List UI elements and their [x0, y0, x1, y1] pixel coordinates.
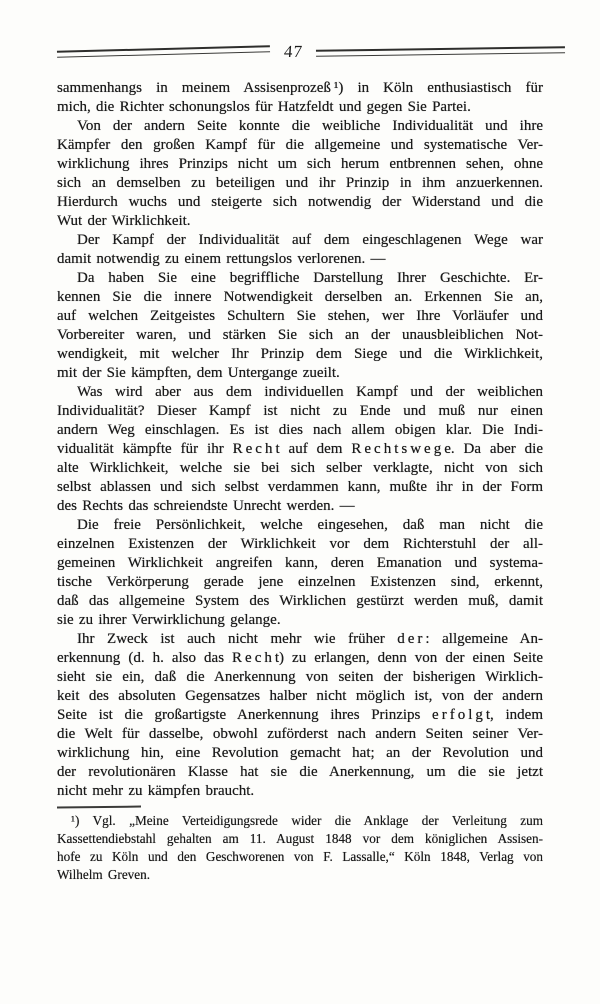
paragraph: Ihr Zweck ist auch nicht mehr wie früher…	[57, 630, 543, 801]
text-line: Der Kampf der Individualität auf dem ein…	[57, 231, 543, 250]
text-line: Kassettendiebstahl gehalten am 11. Augus…	[57, 830, 543, 848]
paragraph: Die freie Persönlichkeit, welche eingese…	[57, 516, 543, 630]
page-number: 47	[283, 43, 303, 60]
paragraph: Was wird aber aus dem individuellen Kamp…	[57, 383, 543, 516]
text-line: nicht mehr zu kämpfen braucht.	[57, 782, 543, 801]
header-rule-left	[57, 45, 270, 58]
text-line: Wilhelm Greven.	[57, 866, 543, 884]
text-line: Da haben Sie eine begriffliche Darstellu…	[57, 269, 543, 288]
text-line: Die freie Persönlichkeit, welche eingese…	[57, 516, 543, 535]
text-line: Hierdurch wuchs und steigerte sich notwe…	[57, 193, 543, 212]
text-line: andern Weg einschlagen. Es ist dies nach…	[57, 421, 543, 440]
text-line: wirklichung hin, eine Revolution gemacht…	[57, 744, 543, 763]
text-line: sieht sie ein, daß die Anerkennung von s…	[57, 668, 543, 687]
text-line: alte Wirklichkeit, welche sie bei sich s…	[57, 459, 543, 478]
text-line: gemeinen Wirklichkeit angreifen kann, de…	[57, 554, 543, 573]
text-line: mich, die Richter schonungslos für Hatzf…	[57, 98, 543, 117]
text-line: Was wird aber aus dem individuellen Kamp…	[57, 383, 543, 402]
text-line: des Rechts das schreiendste Unrecht werd…	[57, 497, 543, 516]
text-line: auf welchen Zeitgeistes Schultern Sie st…	[57, 307, 543, 326]
text-line: daß das allgemeine System des Wirklichen…	[57, 592, 543, 611]
footnote: ¹) Vgl. „Meine Verteidigungsrede wider d…	[57, 812, 543, 884]
text-line: Wut der Wirklichkeit.	[57, 212, 543, 231]
text-line: die Welt für dasselbe, obwohl zuförderst…	[57, 725, 543, 744]
text-line: Kämpfer den großen Kampf für die allgeme…	[57, 136, 543, 155]
text-line: vidualität kämpfte für ihr R e c h t auf…	[57, 440, 543, 459]
text-line: Von der andern Seite konnte die weiblich…	[57, 117, 543, 136]
text-line: sich an demselben zu beteiligen und ihr …	[57, 174, 543, 193]
text-line: erkennung (d. h. also das R e c h t) zu …	[57, 649, 543, 668]
paragraph: Von der andern Seite konnte die weiblich…	[57, 117, 543, 231]
body-text: sammenhangs in meinem Assisenprozeß ¹) i…	[57, 79, 543, 801]
text-line: sammenhangs in meinem Assisenprozeß ¹) i…	[57, 79, 543, 98]
paragraph: Da haben Sie eine begriffliche Darstellu…	[57, 269, 543, 383]
running-head: 47	[57, 42, 565, 60]
header-rule-right	[316, 46, 565, 56]
text-line: Seite ist die großartigste Anerkennung i…	[57, 706, 543, 725]
text-line: Vorbereiter waren, und stärken Sie sich …	[57, 326, 543, 345]
text-line: damit notwendig zu einem rettungslos ver…	[57, 250, 543, 269]
text-line: mit der Sie kämpften, dem Untergange zue…	[57, 364, 543, 383]
paragraph: sammenhangs in meinem Assisenprozeß ¹) i…	[57, 79, 543, 117]
text-line: hofe zu Köln und den Geschworenen von F.…	[57, 848, 543, 866]
text-line: der revolutionären Klasse hat sie die An…	[57, 763, 543, 782]
footnote-separator	[57, 806, 141, 809]
text-line: wirklichung ihres Prinzips nicht um sich…	[57, 155, 543, 174]
text-line: tische Verkörperung gerade jene einzelne…	[57, 573, 543, 592]
text-line: keit des absoluten Gegensatzes halber ni…	[57, 687, 543, 706]
text-line: Individualität? Dieser Kampf ist nicht z…	[57, 402, 543, 421]
text-line: Ihr Zweck ist auch nicht mehr wie früher…	[57, 630, 543, 649]
paragraph: Der Kampf der Individualität auf dem ein…	[57, 231, 543, 269]
text-line: einzelnen Existenzen der Wirklichkeit vo…	[57, 535, 543, 554]
text-line: wendigkeit, mit welcher Ihr Prinzip dem …	[57, 345, 543, 364]
text-line: sie zu ihrer Verwirklichung gelange.	[57, 611, 543, 630]
text-line: kennen Sie die innere Notwendigkeit ders…	[57, 288, 543, 307]
text-line: ¹) Vgl. „Meine Verteidigungsrede wider d…	[57, 812, 543, 830]
text-line: selbst ablassen und sich selbst verdamme…	[57, 478, 543, 497]
book-page: 47 sammenhangs in meinem Assisenprozeß ¹…	[0, 0, 600, 1004]
